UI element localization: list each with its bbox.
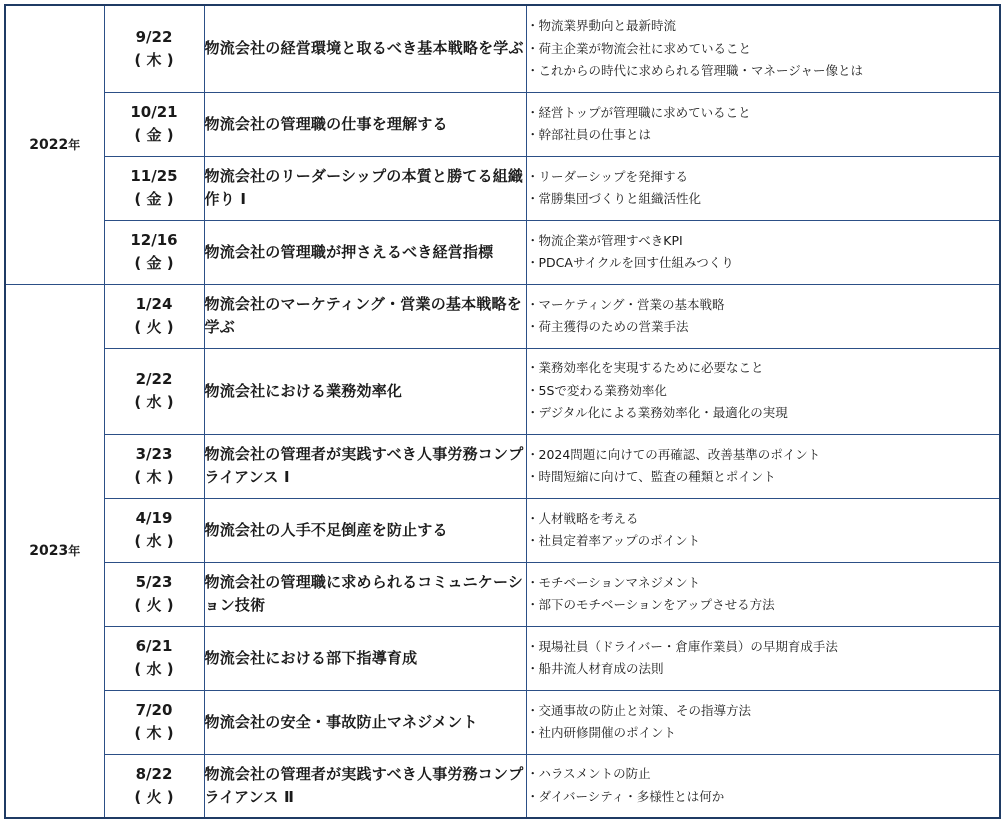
topic-item: ・デジタル化による業務効率化・最適化の実現 [527, 402, 1000, 425]
bullet-icon: ・ [527, 294, 539, 317]
topic-item: ・モチベーションマネジメント [527, 572, 1000, 595]
topic-item: ・社員定着率アップのポイント [527, 530, 1000, 553]
topic-text: 経営トップが管理職に求めていること [539, 105, 751, 120]
topic-text: 部下のモチベーションをアップさせる方法 [539, 597, 775, 612]
topic-text: 業務効率化を実現するために必要なこと [539, 360, 764, 375]
session-date: 12/16 [105, 229, 204, 252]
session-weekday: ( 水 ) [105, 658, 204, 681]
bullet-icon: ・ [527, 60, 539, 83]
session-title: 物流会社のリーダーシップの本質と勝てる組織作り Ⅰ [205, 167, 524, 208]
topic-item: ・常勝集団づくりと組織活性化 [527, 188, 1000, 211]
bullet-icon: ・ [527, 402, 539, 425]
topic-text: 物流企業が管理すべきKPI [539, 233, 683, 248]
session-title-cell: 物流会社における業務効率化 [204, 348, 526, 434]
topic-item: ・マーケティング・営業の基本戦略 [527, 294, 1000, 317]
session-date-cell: 6/21( 水 ) [104, 626, 204, 690]
session-title-cell: 物流会社の管理職の仕事を理解する [204, 92, 526, 156]
session-title: 物流会社における業務効率化 [205, 382, 403, 400]
session-title-cell: 物流会社の管理職に求められるコミュニケーション技術 [204, 562, 526, 626]
session-row: 10/21( 金 )物流会社の管理職の仕事を理解する・経営トップが管理職に求めて… [5, 92, 1000, 156]
session-title: 物流会社の管理者が実践すべき人事労務コンプライアンス Ⅰ [205, 445, 524, 486]
session-weekday: ( 木 ) [105, 722, 204, 745]
session-row: 2023年1/24( 火 )物流会社のマーケティング・営業の基本戦略を学ぶ・マー… [5, 284, 1000, 348]
session-date: 1/24 [105, 293, 204, 316]
session-title-cell: 物流会社の管理職が押さえるべき経営指標 [204, 220, 526, 284]
topic-text: 社内研修開催のポイント [539, 725, 677, 740]
topic-text: 交通事故の防止と対策、その指導方法 [539, 703, 752, 718]
session-date-cell: 12/16( 金 ) [104, 220, 204, 284]
year-suffix: 年 [68, 138, 80, 152]
topic-item: ・ダイバーシティ・多様性とは何か [527, 786, 1000, 809]
session-title: 物流会社における部下指導育成 [205, 649, 418, 667]
bullet-icon: ・ [527, 508, 539, 531]
session-title: 物流会社の安全・事故防止マネジメント [205, 713, 478, 731]
session-title: 物流会社の管理職の仕事を理解する [205, 115, 448, 133]
bullet-icon: ・ [527, 700, 539, 723]
topic-item: ・社内研修開催のポイント [527, 722, 1000, 745]
year-value: 2023 [29, 543, 68, 559]
bullet-icon: ・ [527, 763, 539, 786]
bullet-icon: ・ [527, 15, 539, 38]
session-title-cell: 物流会社のリーダーシップの本質と勝てる組織作り Ⅰ [204, 156, 526, 220]
bullet-icon: ・ [527, 444, 539, 467]
session-title-cell: 物流会社における部下指導育成 [204, 626, 526, 690]
topic-item: ・船井流人材育成の法則 [527, 658, 1000, 681]
topic-item: ・交通事故の防止と対策、その指導方法 [527, 700, 1000, 723]
session-row: 5/23( 火 )物流会社の管理職に求められるコミュニケーション技術・モチベーシ… [5, 562, 1000, 626]
topic-item: ・部下のモチベーションをアップさせる方法 [527, 594, 1000, 617]
session-row: 12/16( 金 )物流会社の管理職が押さえるべき経営指標・物流企業が管理すべき… [5, 220, 1000, 284]
session-title-cell: 物流会社の人手不足倒産を防止する [204, 498, 526, 562]
topic-text: 物流業界動向と最新時流 [539, 18, 677, 33]
session-date-cell: 5/23( 火 ) [104, 562, 204, 626]
topic-item: ・荷主企業が物流会社に求めていること [527, 38, 1000, 61]
topic-item: ・5Sで変わる業務効率化 [527, 380, 1000, 403]
session-title: 物流会社の管理職に求められるコミュニケーション技術 [205, 573, 524, 614]
session-date: 2/22 [105, 368, 204, 391]
session-row: 8/22( 火 )物流会社の管理者が実践すべき人事労務コンプライアンス Ⅱ・ハラ… [5, 754, 1000, 818]
session-row: 2022年9/22( 木 )物流会社の経営環境と取るべき基本戦略を学ぶ・物流業界… [5, 5, 1000, 92]
bullet-icon: ・ [527, 636, 539, 659]
topic-text: 荷主獲得のための営業手法 [539, 319, 689, 334]
bullet-icon: ・ [527, 572, 539, 595]
topic-item: ・荷主獲得のための営業手法 [527, 316, 1000, 339]
session-date: 8/22 [105, 763, 204, 786]
session-row: 3/23( 木 )物流会社の管理者が実践すべき人事労務コンプライアンス Ⅰ・20… [5, 434, 1000, 498]
session-date: 11/25 [105, 165, 204, 188]
session-weekday: ( 金 ) [105, 188, 204, 211]
topic-item: ・これからの時代に求められる管理職・マネージャー像とは [527, 60, 1000, 83]
schedule-body: 2022年9/22( 木 )物流会社の経営環境と取るべき基本戦略を学ぶ・物流業界… [5, 5, 1000, 818]
topic-text: 船井流人材育成の法則 [539, 661, 664, 676]
bullet-icon: ・ [527, 166, 539, 189]
bullet-icon: ・ [527, 102, 539, 125]
session-date-cell: 3/23( 木 ) [104, 434, 204, 498]
session-title-cell: 物流会社の管理者が実践すべき人事労務コンプライアンス Ⅱ [204, 754, 526, 818]
topic-item: ・2024問題に向けての再確認、改善基準のポイント [527, 444, 1000, 467]
topic-text: 現場社員（ドライバー・倉庫作業員）の早期育成手法 [539, 639, 838, 654]
bullet-icon: ・ [527, 124, 539, 147]
session-weekday: ( 金 ) [105, 124, 204, 147]
topic-item: ・経営トップが管理職に求めていること [527, 102, 1000, 125]
topic-item: ・業務効率化を実現するために必要なこと [527, 357, 1000, 380]
bullet-icon: ・ [527, 252, 539, 275]
topic-text: これからの時代に求められる管理職・マネージャー像とは [539, 63, 864, 78]
session-weekday: ( 木 ) [105, 466, 204, 489]
topic-text: ダイバーシティ・多様性とは何か [539, 789, 725, 804]
topic-item: ・PDCAサイクルを回す仕組みつくり [527, 252, 1000, 275]
topic-text: マーケティング・営業の基本戦略 [539, 297, 725, 312]
session-topics-cell: ・ハラスメントの防止・ダイバーシティ・多様性とは何か [526, 754, 1000, 818]
session-date-cell: 10/21( 金 ) [104, 92, 204, 156]
session-title: 物流会社の人手不足倒産を防止する [205, 521, 448, 539]
session-topics-cell: ・経営トップが管理職に求めていること・幹部社員の仕事とは [526, 92, 1000, 156]
topic-text: 幹部社員の仕事とは [539, 127, 652, 142]
year-cell: 2023年 [5, 284, 104, 818]
session-row: 7/20( 木 )物流会社の安全・事故防止マネジメント・交通事故の防止と対策、そ… [5, 690, 1000, 754]
session-date-cell: 2/22( 水 ) [104, 348, 204, 434]
year-suffix: 年 [68, 544, 80, 558]
session-topics-cell: ・モチベーションマネジメント・部下のモチベーションをアップさせる方法 [526, 562, 1000, 626]
session-title-cell: 物流会社の管理者が実践すべき人事労務コンプライアンス Ⅰ [204, 434, 526, 498]
topic-text: モチベーションマネジメント [539, 575, 701, 590]
session-title-cell: 物流会社のマーケティング・営業の基本戦略を学ぶ [204, 284, 526, 348]
bullet-icon: ・ [527, 188, 539, 211]
bullet-icon: ・ [527, 594, 539, 617]
session-date-cell: 9/22( 木 ) [104, 5, 204, 92]
bullet-icon: ・ [527, 380, 539, 403]
topic-text: リーダーシップを発揮する [539, 169, 689, 184]
session-date: 7/20 [105, 699, 204, 722]
bullet-icon: ・ [527, 722, 539, 745]
session-weekday: ( 水 ) [105, 530, 204, 553]
session-date: 10/21 [105, 101, 204, 124]
session-date-cell: 4/19( 水 ) [104, 498, 204, 562]
topic-item: ・リーダーシップを発揮する [527, 166, 1000, 189]
topic-item: ・人材戦略を考える [527, 508, 1000, 531]
topic-text: 時間短縮に向けて、監査の種類とポイント [539, 469, 776, 484]
bullet-icon: ・ [527, 786, 539, 809]
topic-item: ・ハラスメントの防止 [527, 763, 1000, 786]
session-topics-cell: ・業務効率化を実現するために必要なこと・5Sで変わる業務効率化・デジタル化による… [526, 348, 1000, 434]
year-cell: 2022年 [5, 5, 104, 284]
session-weekday: ( 火 ) [105, 594, 204, 617]
topic-item: ・現場社員（ドライバー・倉庫作業員）の早期育成手法 [527, 636, 1000, 659]
topic-item: ・時間短縮に向けて、監査の種類とポイント [527, 466, 1000, 489]
bullet-icon: ・ [527, 38, 539, 61]
session-weekday: ( 金 ) [105, 252, 204, 275]
session-row: 2/22( 水 )物流会社における業務効率化・業務効率化を実現するために必要なこ… [5, 348, 1000, 434]
bullet-icon: ・ [527, 466, 539, 489]
session-topics-cell: ・人材戦略を考える・社員定着率アップのポイント [526, 498, 1000, 562]
topic-text: 2024問題に向けての再確認、改善基準のポイント [539, 447, 821, 462]
session-title: 物流会社の管理職が押さえるべき経営指標 [205, 243, 494, 261]
topic-text: ハラスメントの防止 [539, 766, 651, 781]
session-row: 11/25( 金 )物流会社のリーダーシップの本質と勝てる組織作り Ⅰ・リーダー… [5, 156, 1000, 220]
topic-text: 荷主企業が物流会社に求めていること [539, 41, 752, 56]
session-date-cell: 8/22( 火 ) [104, 754, 204, 818]
session-title: 物流会社の経営環境と取るべき基本戦略を学ぶ [205, 39, 524, 57]
session-date: 4/19 [105, 507, 204, 530]
session-title: 物流会社のマーケティング・営業の基本戦略を学ぶ [205, 295, 522, 336]
topic-item: ・物流業界動向と最新時流 [527, 15, 1000, 38]
session-topics-cell: ・リーダーシップを発揮する・常勝集団づくりと組織活性化 [526, 156, 1000, 220]
session-topics-cell: ・2024問題に向けての再確認、改善基準のポイント・時間短縮に向けて、監査の種類… [526, 434, 1000, 498]
session-weekday: ( 水 ) [105, 391, 204, 414]
session-topics-cell: ・物流企業が管理すべきKPI・PDCAサイクルを回す仕組みつくり [526, 220, 1000, 284]
bullet-icon: ・ [527, 658, 539, 681]
session-date: 9/22 [105, 26, 204, 49]
session-title-cell: 物流会社の安全・事故防止マネジメント [204, 690, 526, 754]
topic-item: ・物流企業が管理すべきKPI [527, 230, 1000, 253]
session-topics-cell: ・交通事故の防止と対策、その指導方法・社内研修開催のポイント [526, 690, 1000, 754]
session-date-cell: 7/20( 木 ) [104, 690, 204, 754]
session-date: 3/23 [105, 443, 204, 466]
session-topics-cell: ・物流業界動向と最新時流・荷主企業が物流会社に求めていること・これからの時代に求… [526, 5, 1000, 92]
session-row: 4/19( 水 )物流会社の人手不足倒産を防止する・人材戦略を考える・社員定着率… [5, 498, 1000, 562]
topic-text: 5Sで変わる業務効率化 [539, 383, 667, 398]
session-date: 5/23 [105, 571, 204, 594]
year-value: 2022 [29, 137, 68, 153]
bullet-icon: ・ [527, 530, 539, 553]
session-title: 物流会社の管理者が実践すべき人事労務コンプライアンス Ⅱ [205, 765, 524, 806]
topic-text: 常勝集団づくりと組織活性化 [539, 191, 702, 206]
session-date: 6/21 [105, 635, 204, 658]
session-row: 6/21( 水 )物流会社における部下指導育成・現場社員（ドライバー・倉庫作業員… [5, 626, 1000, 690]
session-topics-cell: ・マーケティング・営業の基本戦略・荷主獲得のための営業手法 [526, 284, 1000, 348]
topic-text: 社員定着率アップのポイント [539, 533, 701, 548]
session-date-cell: 11/25( 金 ) [104, 156, 204, 220]
topic-item: ・幹部社員の仕事とは [527, 124, 1000, 147]
session-weekday: ( 火 ) [105, 786, 204, 809]
session-topics-cell: ・現場社員（ドライバー・倉庫作業員）の早期育成手法・船井流人材育成の法則 [526, 626, 1000, 690]
topic-text: デジタル化による業務効率化・最適化の実現 [539, 405, 788, 420]
topic-text: 人材戦略を考える [539, 511, 639, 526]
session-title-cell: 物流会社の経営環境と取るべき基本戦略を学ぶ [204, 5, 526, 92]
bullet-icon: ・ [527, 230, 539, 253]
session-weekday: ( 木 ) [105, 49, 204, 72]
topic-text: PDCAサイクルを回す仕組みつくり [539, 255, 734, 270]
seminar-schedule-table: 2022年9/22( 木 )物流会社の経営環境と取るべき基本戦略を学ぶ・物流業界… [4, 4, 1001, 819]
session-weekday: ( 火 ) [105, 316, 204, 339]
session-date-cell: 1/24( 火 ) [104, 284, 204, 348]
bullet-icon: ・ [527, 357, 539, 380]
bullet-icon: ・ [527, 316, 539, 339]
